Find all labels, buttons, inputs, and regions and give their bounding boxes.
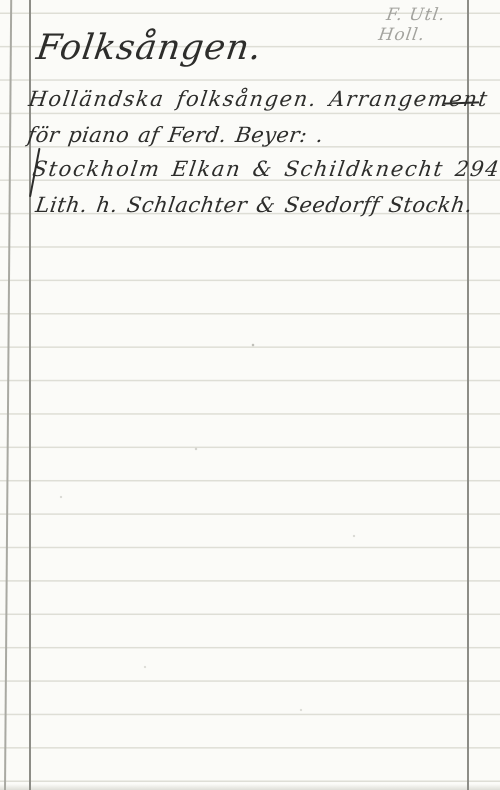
left-margin-line	[29, 0, 31, 790]
right-margin-line	[467, 0, 469, 790]
entry-subtitle: Holländska folksången. Arrangement	[27, 87, 490, 111]
classmark-line-1: F. Utl.	[380, 5, 447, 25]
ruled-lines	[0, 0, 500, 790]
paper-edge-line	[4, 0, 12, 790]
entry-lithography: Lith. h. Schlachter & Seedorff Stockh.	[34, 193, 474, 217]
entry-title: Folksången.	[34, 28, 265, 68]
pencil-classmark: F. Utl. Holl.	[377, 5, 447, 45]
catalog-card-scan: F. Utl. Holl. Folksången. Holländska fol…	[0, 0, 500, 790]
entry-imprint: Stockholm Elkan & Schildknecht 294.	[31, 157, 500, 181]
entry-instrumentation: för piano af Ferd. Beyer: .	[26, 123, 325, 147]
classmark-line-2: Holl.	[377, 25, 444, 45]
paper-texture	[0, 0, 500, 790]
